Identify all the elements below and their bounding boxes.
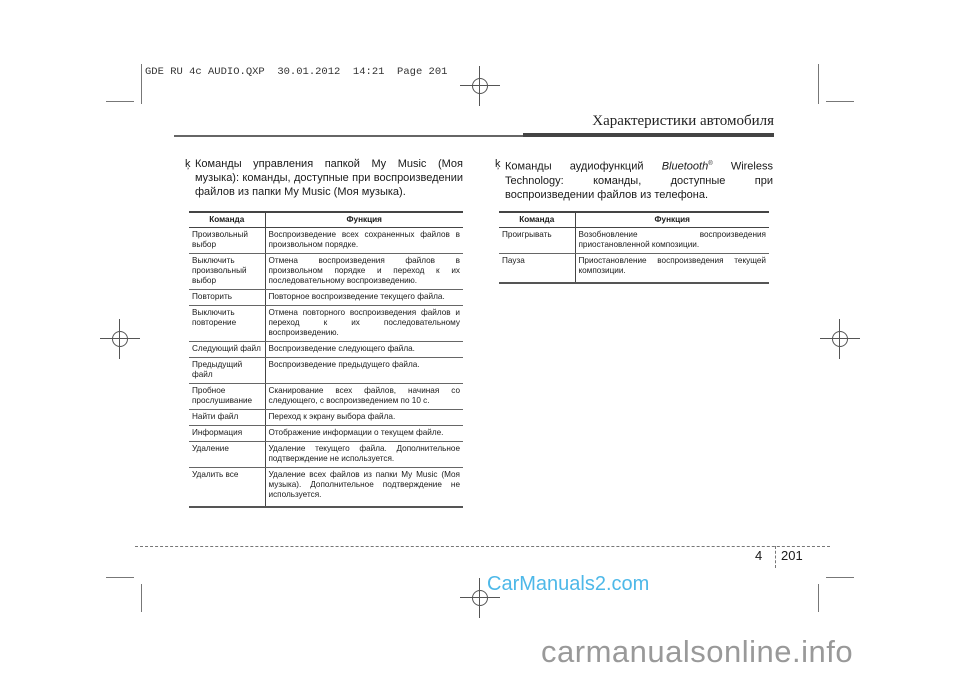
function-cell: Отображение информации о текущем файле. xyxy=(265,426,463,442)
function-cell: Воспроизведение следующего файла. xyxy=(265,342,463,358)
command-cell: Пауза xyxy=(499,254,575,284)
function-cell: Удаление текущего файла. Дополнительное … xyxy=(265,442,463,468)
print-slug: GDE RU 4c AUDIO.QXP 30.01.2012 14:21 Pag… xyxy=(145,66,447,78)
watermark-carmanuals2[interactable]: CarManuals2.com xyxy=(487,573,649,596)
registration-mark-icon xyxy=(460,66,500,106)
footer-rule xyxy=(135,546,830,547)
function-cell: Переход к экрану выбора файла. xyxy=(265,410,463,426)
command-cell: Удаление xyxy=(189,442,265,468)
crop-mark xyxy=(818,584,819,612)
table-row: Предыдущий файлВоспроизведение предыдуще… xyxy=(189,358,463,384)
intro-text: Команды управления папкой My Music (Моя … xyxy=(185,157,463,199)
header-rule xyxy=(174,135,524,137)
command-cell: Найти файл xyxy=(189,410,265,426)
function-cell: Повторное воспроизведение текущего файла… xyxy=(265,290,463,306)
command-cell: Выключить произвольный выбор xyxy=(189,254,265,290)
function-cell: Отмена воспроизведения файлов в произвол… xyxy=(265,254,463,290)
table-row: Удалить всеУдаление всех файлов из папки… xyxy=(189,468,463,508)
crop-mark xyxy=(826,101,854,102)
command-cell: Произвольный выбор xyxy=(189,228,265,254)
chapter-number: 4 xyxy=(755,548,762,563)
intro-text: Команды аудиофункций Bluetooth® Wireless… xyxy=(495,157,773,202)
function-cell: Возобновление воспроизведения приостанов… xyxy=(575,228,769,254)
page-number: 201 xyxy=(781,548,803,563)
crop-mark xyxy=(826,577,854,578)
table-row: Выключить произвольный выборОтмена воспр… xyxy=(189,254,463,290)
my-music-intro: ķ Команды управления папкой My Music (Мо… xyxy=(185,157,463,199)
command-cell: Удалить все xyxy=(189,468,265,508)
command-cell: Предыдущий файл xyxy=(189,358,265,384)
table-row: Найти файлПереход к экрану выбора файла. xyxy=(189,410,463,426)
bullet-icon: ķ xyxy=(185,157,191,171)
section-title: Характеристики автомобиля xyxy=(592,113,774,130)
table-row: УдалениеУдаление текущего файла. Дополни… xyxy=(189,442,463,468)
function-cell: Удаление всех файлов из папки My Music (… xyxy=(265,468,463,508)
command-cell: Проигрывать xyxy=(499,228,575,254)
command-cell: Повторить xyxy=(189,290,265,306)
bluetooth-commands-table: Команда Функция ПроигрыватьВозобновление… xyxy=(499,211,769,284)
crop-mark xyxy=(818,64,819,104)
table-row: ПроигрыватьВозобновление воспроизведения… xyxy=(499,228,769,254)
function-cell: Воспроизведение предыдущего файла. xyxy=(265,358,463,384)
table-row: Произвольный выборВоспроизведение всех с… xyxy=(189,228,463,254)
command-cell: Следующий файл xyxy=(189,342,265,358)
header-rule-thick xyxy=(523,133,774,137)
crop-mark xyxy=(141,64,142,104)
command-cell: Пробное прослушивание xyxy=(189,384,265,410)
bullet-icon: ķ xyxy=(495,157,501,171)
crop-mark xyxy=(141,584,142,612)
bluetooth-brand: Bluetooth xyxy=(662,161,708,173)
function-cell: Отмена повторного воспроизведения файлов… xyxy=(265,306,463,342)
registration-mark-icon xyxy=(820,319,860,359)
my-music-commands-table: Команда Функция Произвольный выборВоспро… xyxy=(189,211,463,508)
table-row: ИнформацияОтображение информации о текущ… xyxy=(189,426,463,442)
footer-divider xyxy=(775,546,776,568)
crop-mark xyxy=(106,101,134,102)
column-header-command: Команда xyxy=(499,212,575,228)
function-cell: Приостановление воспроизведения текущей … xyxy=(575,254,769,284)
column-header-command: Команда xyxy=(189,212,265,228)
command-cell: Выключить повторение xyxy=(189,306,265,342)
table-row: Выключить повторениеОтмена повторного во… xyxy=(189,306,463,342)
bluetooth-intro: ķ Команды аудиофункций Bluetooth® Wirele… xyxy=(495,157,773,202)
column-header-function: Функция xyxy=(575,212,769,228)
crop-mark xyxy=(106,577,134,578)
table-row: ПовторитьПовторное воспроизведение текущ… xyxy=(189,290,463,306)
table-row: ПаузаПриостановление воспроизведения тек… xyxy=(499,254,769,284)
table-row: Следующий файлВоспроизведение следующего… xyxy=(189,342,463,358)
command-cell: Информация xyxy=(189,426,265,442)
function-cell: Воспроизведение всех сохраненных файлов … xyxy=(265,228,463,254)
watermark-carmanualsonline[interactable]: carmanualsonline.info xyxy=(541,634,853,670)
function-cell: Сканирование всех файлов, начиная со сле… xyxy=(265,384,463,410)
column-header-function: Функция xyxy=(265,212,463,228)
table-row: Пробное прослушиваниеСканирование всех ф… xyxy=(189,384,463,410)
registration-mark-icon xyxy=(100,319,140,359)
